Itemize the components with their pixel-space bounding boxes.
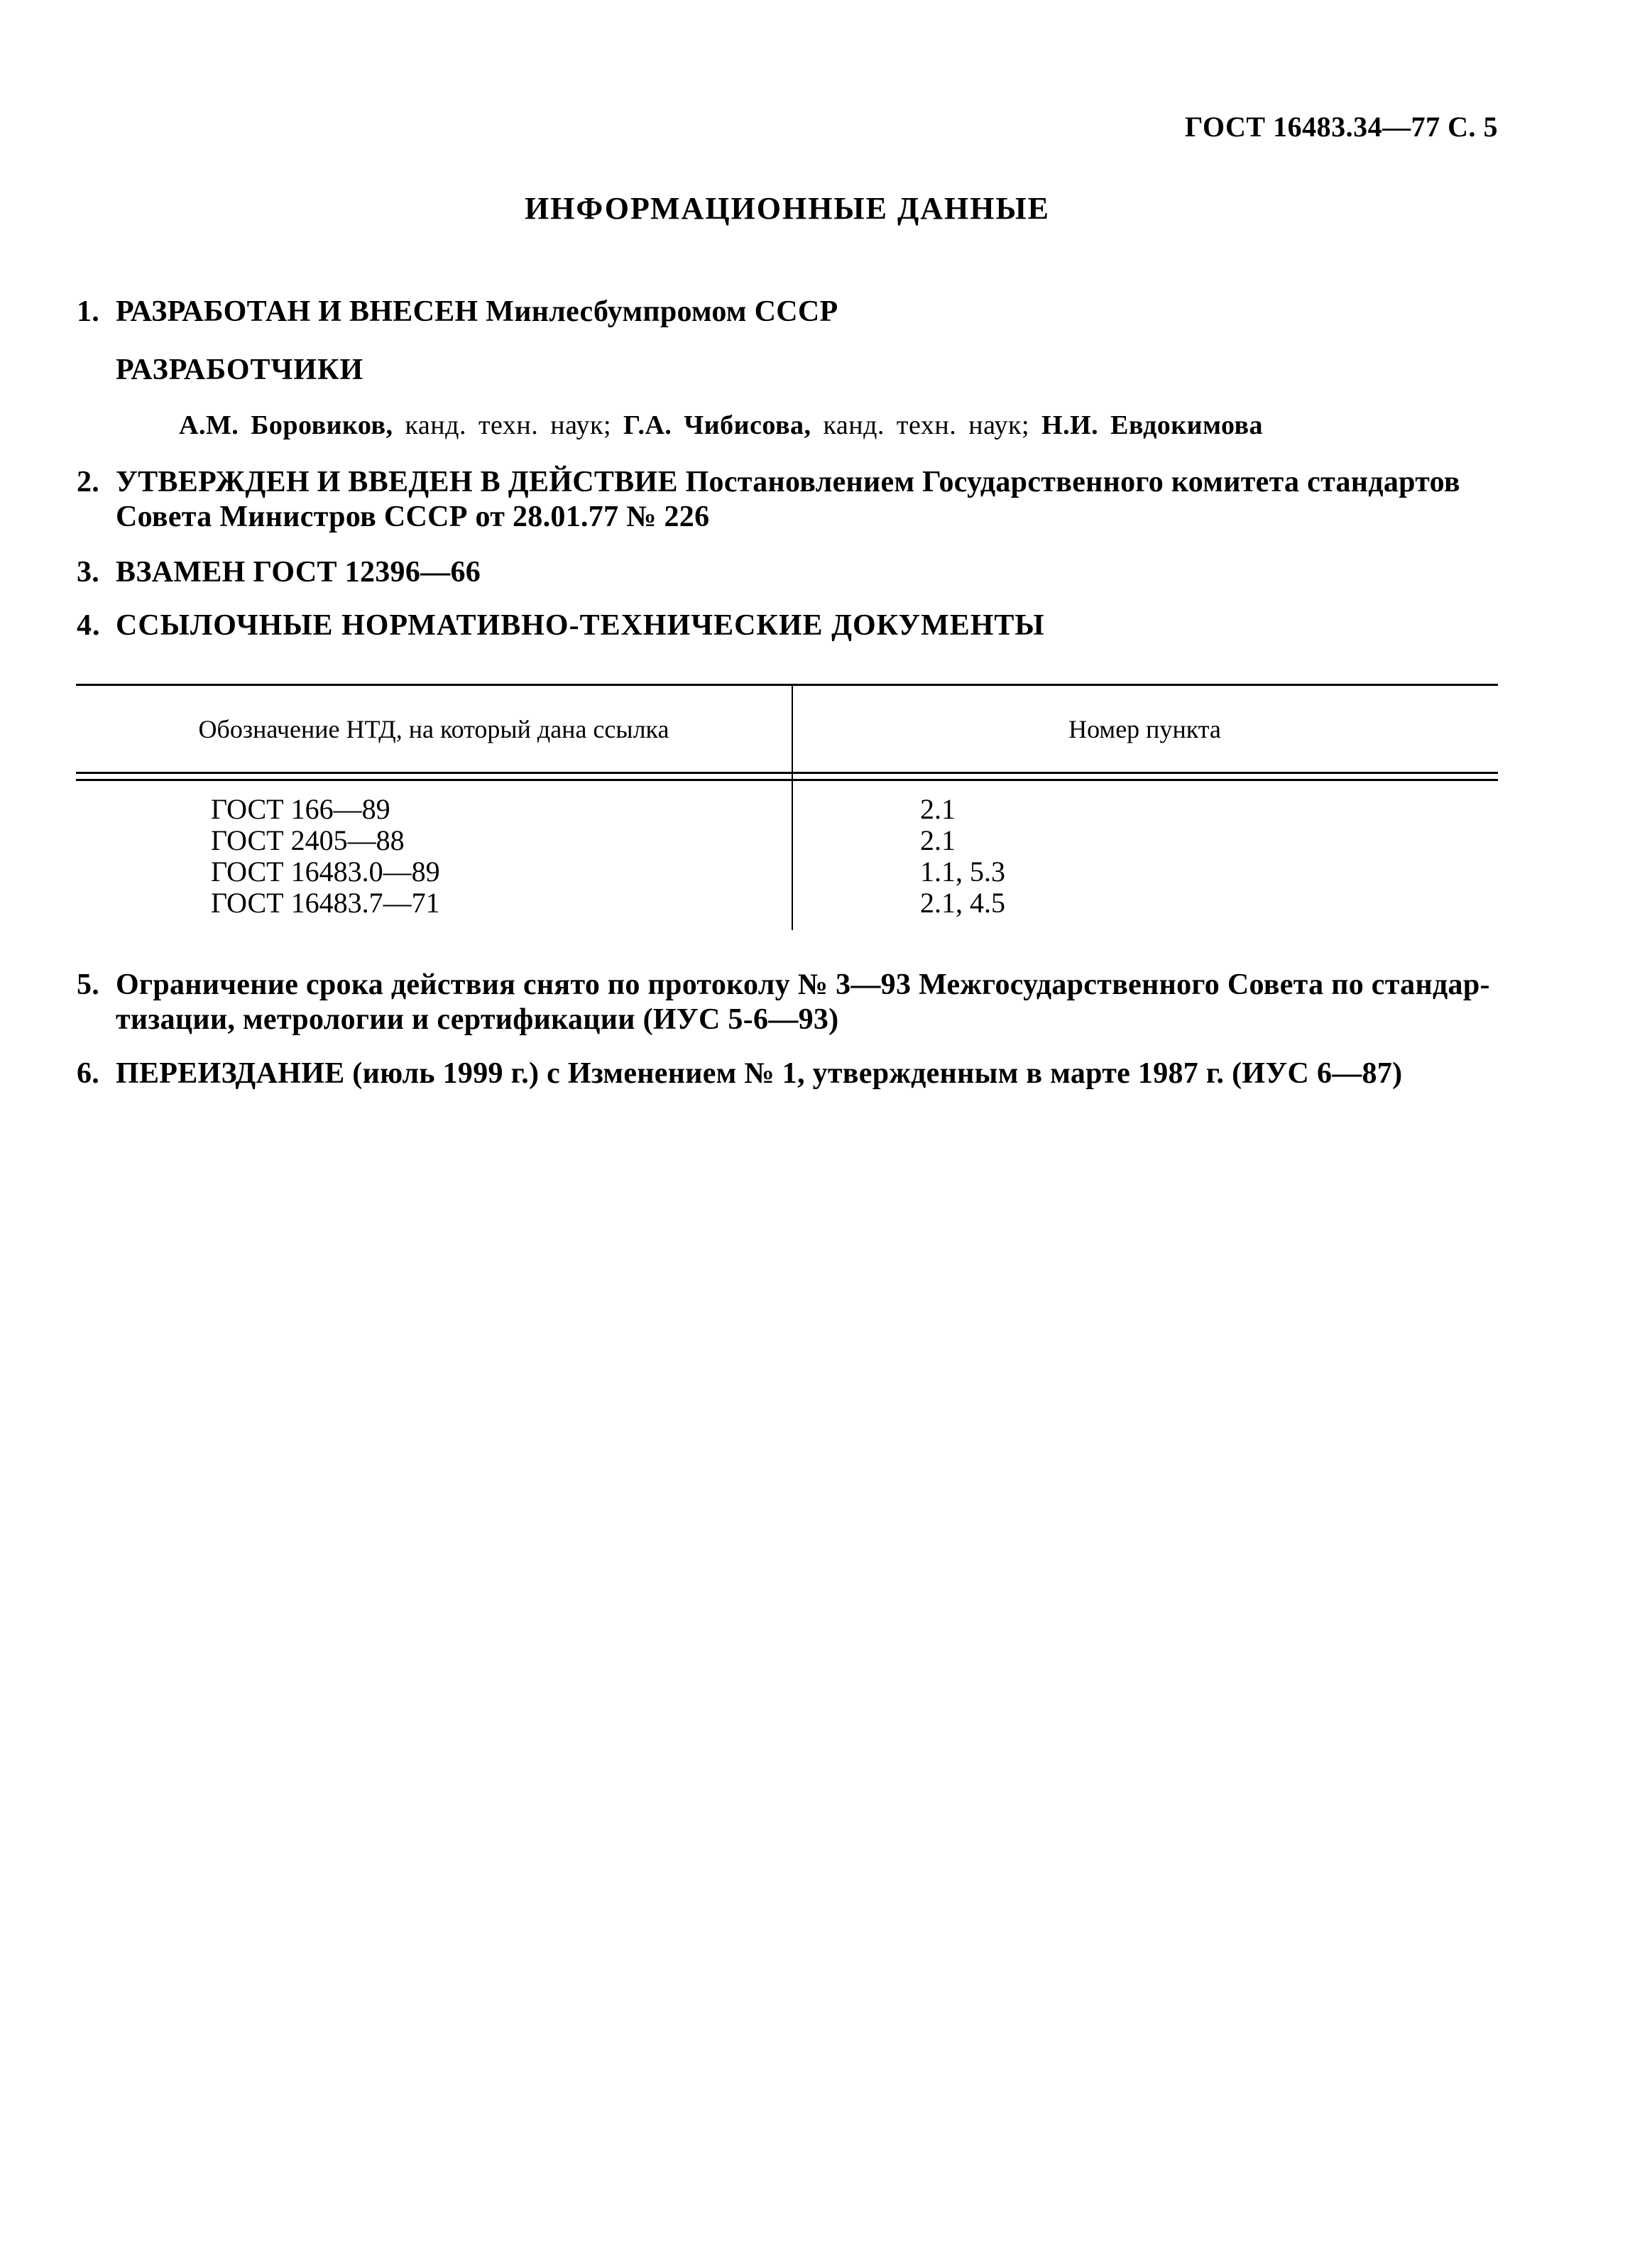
- table-cell-punkt: 2.1: [792, 794, 1498, 825]
- table-row: ГОСТ 16483.7—71 2.1, 4.5: [76, 888, 1498, 919]
- table-row: ГОСТ 2405—88 2.1: [76, 825, 1498, 856]
- item-6-text: ПЕРЕИЗДАНИЕ (июль 1999 г.) с Изменением …: [116, 1057, 1402, 1090]
- item-6-number: 6.: [77, 1057, 116, 1091]
- table-cell-ntd: ГОСТ 166—89: [76, 794, 792, 825]
- table-header-punkt: Номер пункта: [792, 714, 1498, 744]
- page-title: ИНФОРМАЦИОННЫЕ ДАННЫЕ: [77, 190, 1498, 226]
- item-1-text: РАЗРАБОТАН И ВНЕСЕН Минлесбумпромом СССР: [116, 295, 838, 328]
- developers-line: А.М. Боровиков, канд. техн. наук; Г.А. Ч…: [179, 410, 1263, 441]
- developer-degree-2: канд. техн. наук;: [824, 410, 1030, 440]
- document-page: ГОСТ 16483.34—77 С. 5 ИНФОРМАЦИОННЫЕ ДАН…: [0, 0, 1652, 2260]
- developer-name-1: А.М. Боровиков,: [179, 410, 393, 440]
- item-2-text-line-1: УТВЕРЖДЕН И ВВЕДЕН В ДЕЙСТВИЕ Постановле…: [116, 466, 1460, 498]
- item-3-number: 3.: [77, 555, 116, 590]
- list-item-4-reference-documents: 4.ССЫЛОЧНЫЕ НОРМАТИВНО-ТЕХНИЧЕСКИЕ ДОКУМ…: [77, 608, 1498, 643]
- item-4-number: 4.: [77, 608, 116, 643]
- table-header-row: Обозначение НТД, на который дана ссылка …: [76, 686, 1498, 772]
- list-item-3-replaces: 3.ВЗАМЕН ГОСТ 12396—66: [77, 555, 1498, 590]
- table-cell-ntd: ГОСТ 2405—88: [76, 825, 792, 856]
- list-item-2-approved: 2.УТВЕРЖДЕН И ВВЕДЕН В ДЕЙСТВИЕ Постанов…: [77, 465, 1498, 535]
- item-5-line-2: тизации, метрологии и сертификации (ИУС …: [77, 1003, 1498, 1037]
- table-row: ГОСТ 16483.0—89 1.1, 5.3: [76, 856, 1498, 888]
- list-item-1-developed: 1.РАЗРАБОТАН И ВНЕСЕН Минлесбумпромом СС…: [77, 295, 1498, 329]
- item-5-text-line-1: Ограничение срока действия снято по прот…: [116, 968, 1490, 1001]
- list-item-5-validity-limit: 5.Ограничение срока действия снято по пр…: [77, 968, 1498, 1037]
- table-header-ntd: Обозначение НТД, на который дана ссылка: [76, 714, 792, 744]
- item-3-text: ВЗАМЕН ГОСТ 12396—66: [116, 556, 481, 589]
- item-1-number: 1.: [77, 295, 116, 329]
- table-body: ГОСТ 166—89 2.1 ГОСТ 2405—88 2.1 ГОСТ 16…: [76, 781, 1498, 919]
- table-header-double-rule: [76, 772, 1498, 781]
- item-5-line-1: 5.Ограничение срока действия снято по пр…: [77, 968, 1498, 1003]
- table-cell-punkt: 1.1, 5.3: [792, 856, 1498, 888]
- developer-name-3: Н.И. Евдокимова: [1041, 410, 1263, 440]
- developer-name-2: Г.А. Чибисова,: [623, 410, 811, 440]
- table-column-divider: [792, 684, 793, 930]
- developers-subheading: РАЗРАБОТЧИКИ: [116, 353, 363, 387]
- table-cell-ntd: ГОСТ 16483.7—71: [76, 888, 792, 919]
- table-cell-ntd: ГОСТ 16483.0—89: [76, 856, 792, 888]
- list-item-6-reissue: 6.ПЕРЕИЗДАНИЕ (июль 1999 г.) с Изменение…: [77, 1057, 1498, 1091]
- item-4-text: ССЫЛОЧНЫЕ НОРМАТИВНО-ТЕХНИЧЕСКИЕ ДОКУМЕН…: [116, 609, 1045, 642]
- reference-documents-table: Обозначение НТД, на который дана ссылка …: [76, 684, 1498, 919]
- item-2-number: 2.: [77, 465, 116, 500]
- table-row: ГОСТ 166—89 2.1: [76, 794, 1498, 825]
- table-cell-punkt: 2.1: [792, 825, 1498, 856]
- item-2-line-1: 2.УТВЕРЖДЕН И ВВЕДЕН В ДЕЙСТВИЕ Постанов…: [77, 465, 1498, 500]
- developer-degree-1: канд. техн. наук;: [405, 410, 612, 440]
- page-header-standard-number: ГОСТ 16483.34—77 С. 5: [77, 110, 1498, 143]
- item-5-number: 5.: [77, 968, 116, 1003]
- item-2-line-2: Совета Министров СССР от 28.01.77 № 226: [77, 500, 1498, 535]
- table-cell-punkt: 2.1, 4.5: [792, 888, 1498, 919]
